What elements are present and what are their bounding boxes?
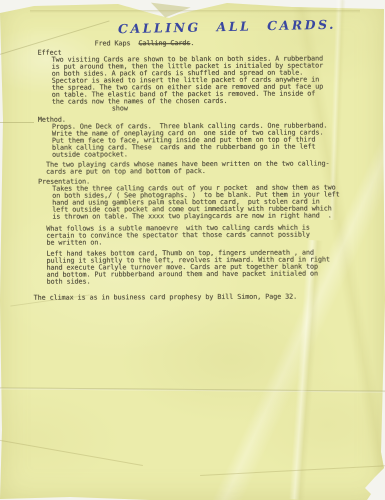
effect-insertion: show bbox=[112, 104, 354, 112]
presentation-para1: Takes the three calling cards out of you… bbox=[52, 184, 354, 220]
closing-line: The climax is as in business card prophe… bbox=[34, 293, 355, 301]
byline-suffix: . bbox=[190, 39, 194, 47]
presentation-para3: Left hand takes bottom card, Thumb on to… bbox=[46, 249, 354, 285]
byline: Fred Kaps Calling Cards. bbox=[94, 39, 353, 47]
byline-spacer bbox=[130, 39, 138, 47]
method-props: Props. One Deck of cards. Three blank ca… bbox=[52, 122, 354, 158]
effect-body: Two visiting Cards are shown to be blank… bbox=[52, 55, 354, 105]
byline-author: Fred Kaps bbox=[94, 39, 130, 47]
typed-content: Fred Kaps Calling Cards. Effect Two visi… bbox=[37, 39, 354, 301]
presentation-para2: What follows is a subtle manoevre with t… bbox=[46, 224, 354, 246]
byline-struck-text: Calling Cards bbox=[138, 39, 190, 47]
method-setup: The two playing cards whose names have b… bbox=[46, 160, 354, 175]
